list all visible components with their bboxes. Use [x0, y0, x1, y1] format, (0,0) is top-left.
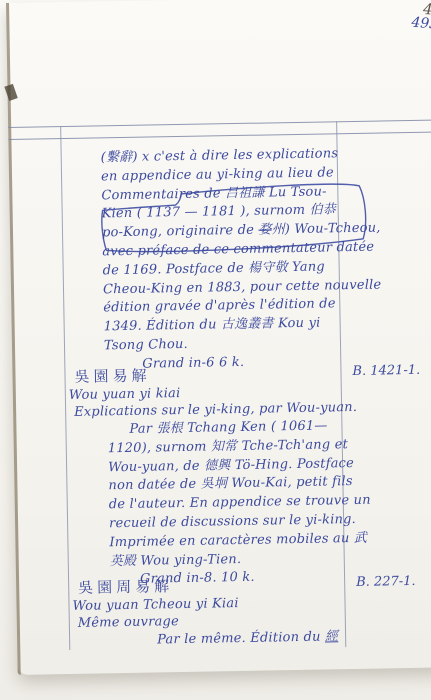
shelfmark-entry-3: B. 227-1.	[356, 574, 416, 590]
text-segment: 州) Wou-Tcheou,	[272, 221, 381, 238]
struck-character: 婺	[258, 223, 271, 238]
edge-ink-mark	[4, 84, 17, 101]
scanned-catalog-photo: 49 493 (繫辭) x c'est à dire les explicati…	[0, 0, 431, 700]
text-segment: po-Kong, originaire de	[102, 223, 259, 241]
binding-crease	[6, 3, 21, 675]
text-segment: Par le même. Édition du	[157, 630, 325, 648]
text-line: Par le même. Édition du 經	[157, 628, 338, 650]
underlined-character: 經	[325, 629, 338, 644]
entry-1-paragraph: (繫辭) x c'est à dire les explications en …	[101, 145, 383, 375]
header-rule-top	[8, 119, 431, 128]
shelfmark-entry-2: B. 1421-1.	[352, 363, 420, 379]
entry-3: 吳園周易解 Wou yuan Tcheou yi Kiai Même ouvra…	[72, 574, 338, 651]
header-rule-bottom	[8, 131, 431, 140]
entry-2: 吳園易解 Wou yuan yi kiai Explications sur l…	[68, 363, 372, 591]
notebook-page: 49 493 (繫辭) x c'est à dire les explicati…	[6, 0, 431, 675]
entry-2-paragraph: Par 張根 Tchang Ken ( 1061— 1120), surnom …	[69, 417, 372, 573]
corner-number-ink: 493	[411, 15, 431, 33]
